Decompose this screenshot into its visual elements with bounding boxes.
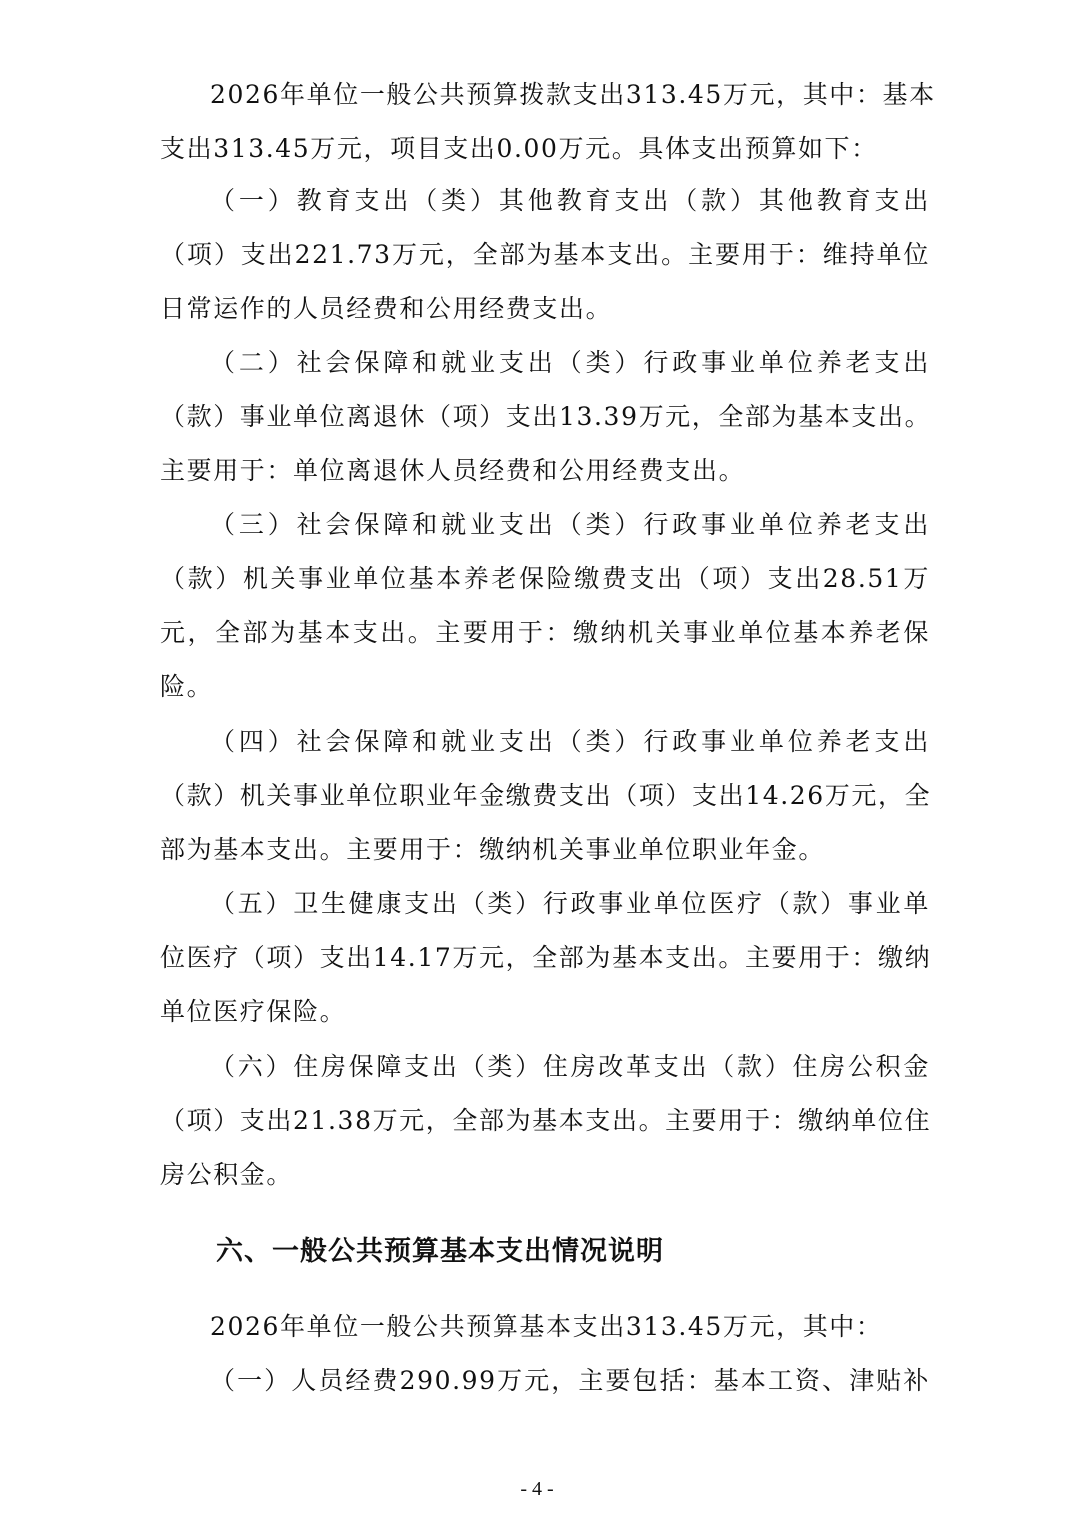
paragraph-line: 房公积金。 — [160, 1160, 930, 1190]
paragraph-line: （项）支出221.73万元，全部为基本支出。主要用于：维持单位 — [160, 240, 930, 270]
paragraph-line: （款）机关事业单位职业年金缴费支出（项）支出14.26万元，全 — [160, 781, 930, 811]
paragraph-line: （款）机关事业单位基本养老保险缴费支出（项）支出28.51万 — [160, 564, 930, 594]
paragraph-line: 支出313.45万元，项目支出0.00万元。具体支出预算如下： — [160, 134, 930, 164]
paragraph-line: 位医疗（项）支出14.17万元，全部为基本支出。主要用于：缴纳 — [160, 943, 930, 973]
paragraph-line: 部为基本支出。主要用于：缴纳机关事业单位职业年金。 — [160, 835, 930, 865]
page-number: - 4 - — [0, 1478, 1074, 1501]
paragraph-line: （三）社会保障和就业支出（类）行政事业单位养老支出 — [210, 510, 930, 540]
paragraph-line: 险。 — [160, 672, 930, 702]
paragraph-line: 2026年单位一般公共预算拨款支出313.45万元，其中：基本 — [210, 80, 930, 110]
paragraph-line: 元，全部为基本支出。主要用于：缴纳机关事业单位基本养老保 — [160, 618, 930, 648]
paragraph-line: （款）事业单位离退休（项）支出13.39万元，全部为基本支出。 — [160, 402, 930, 432]
section-heading: 六、一般公共预算基本支出情况说明 — [216, 1235, 664, 1269]
paragraph-line: （项）支出21.38万元，全部为基本支出。主要用于：缴纳单位住 — [160, 1106, 930, 1136]
paragraph-line: （二）社会保障和就业支出（类）行政事业单位养老支出 — [210, 348, 930, 378]
paragraph-line: 主要用于：单位离退休人员经费和公用经费支出。 — [160, 456, 930, 486]
paragraph-line: 日常运作的人员经费和公用经费支出。 — [160, 294, 930, 324]
paragraph-line: （一）教育支出（类）其他教育支出（款）其他教育支出 — [210, 186, 930, 216]
paragraph-line: （五）卫生健康支出（类）行政事业单位医疗（款）事业单 — [210, 889, 930, 919]
paragraph-line: （六）住房保障支出（类）住房改革支出（款）住房公积金 — [210, 1052, 930, 1082]
paragraph-line: （四）社会保障和就业支出（类）行政事业单位养老支出 — [210, 727, 930, 757]
paragraph-line: （一）人员经费290.99万元，主要包括：基本工资、津贴补 — [210, 1366, 930, 1396]
paragraph-line: 单位医疗保险。 — [160, 997, 930, 1027]
paragraph-line: 2026年单位一般公共预算基本支出313.45万元，其中： — [210, 1312, 930, 1342]
